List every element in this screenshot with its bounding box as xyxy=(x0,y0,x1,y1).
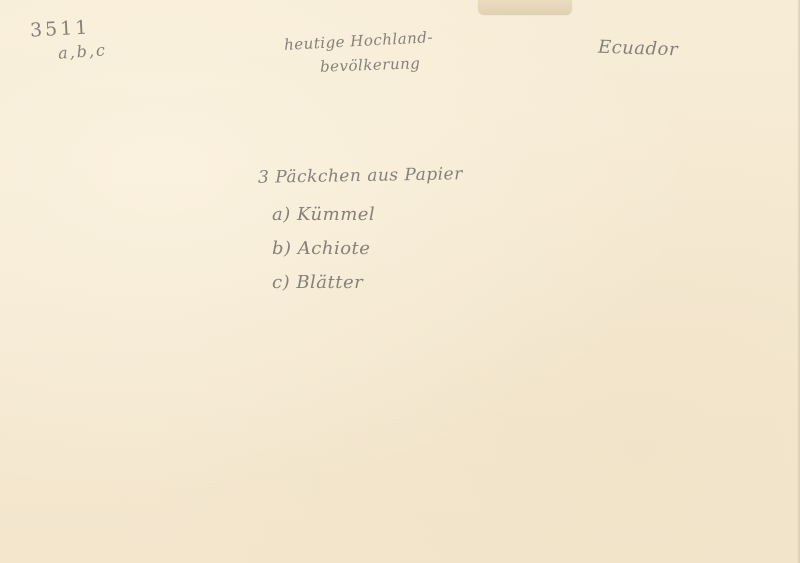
list-item-a: a) Kümmel xyxy=(272,204,375,225)
description-line-2: bevölkerung xyxy=(320,54,421,75)
tape-strip xyxy=(478,0,572,14)
list-item-b: b) Achiote xyxy=(272,238,370,259)
contents-intro: 3 Päckchen aus Papier xyxy=(258,164,463,188)
catalog-number: 3511 xyxy=(29,16,90,41)
description-line-1: heutige Hochland- xyxy=(284,28,434,54)
country-label: Ecuador xyxy=(598,37,679,61)
catalog-subitems: a,b,c xyxy=(57,40,107,62)
list-item-c: c) Blätter xyxy=(272,272,363,293)
index-card: 3511 a,b,c heutige Hochland- bevölkerung… xyxy=(0,0,800,563)
